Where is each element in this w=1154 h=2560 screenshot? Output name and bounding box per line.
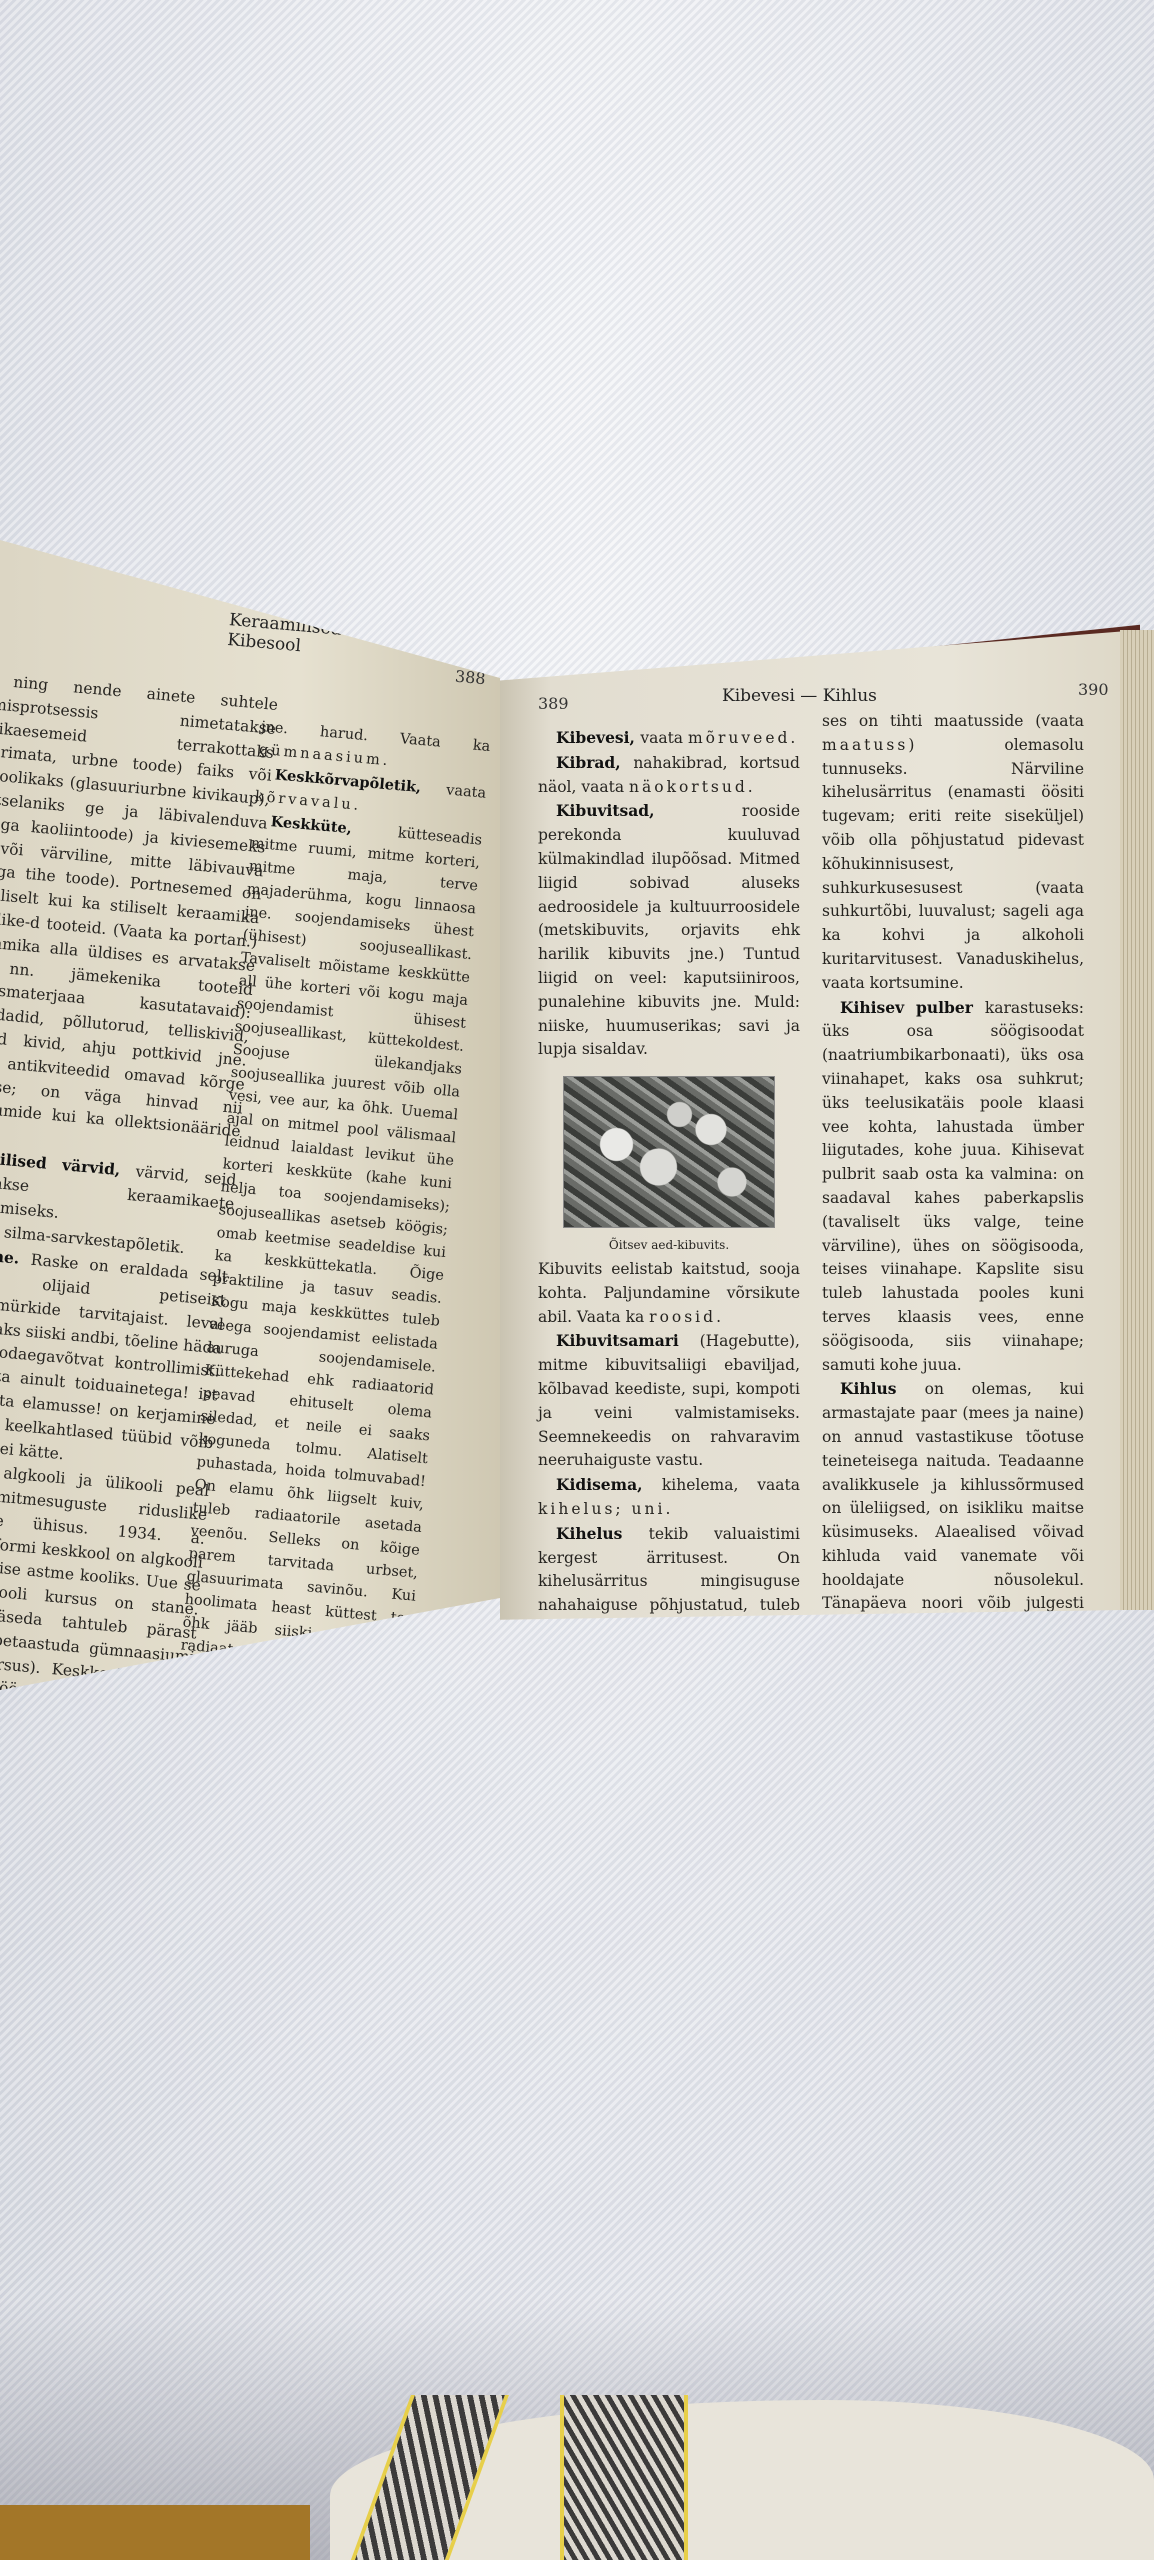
right-column-a: Kibevesi, vaata mõruveed.Kibrad, nahakib… <box>538 726 800 1640</box>
cross-reference: maatuss <box>822 736 908 754</box>
entry-headword: Kihlus <box>840 1379 925 1398</box>
dictionary-entry: Kibuvitsad, rooside perekonda kuuluvad k… <box>538 799 800 1062</box>
cross-reference: mõruveed. <box>688 729 798 747</box>
left-page-number: 388 <box>454 667 486 689</box>
left-running-head: Keraamilised värvid — Kibesool <box>227 610 499 673</box>
right-page-number-left: 389 <box>538 694 569 713</box>
continued-text: ses on tihti maatusside (vaata maatuss) … <box>822 710 1084 996</box>
dictionary-entry: Kihisev pulber karastuseks: üks osa söög… <box>822 996 1084 1378</box>
right-page-number-right: 390 <box>1078 680 1109 699</box>
entry-headword: ratiit, <box>0 1218 5 1242</box>
dictionary-entry: skkool, algkooli ja ülikooli peal olevat… <box>0 1453 210 1690</box>
right-page: 389 Kibevesi — Kihlus 390 Kibevesi, vaat… <box>500 630 1140 1640</box>
entry-headword: Kibuvitsad, <box>556 801 742 820</box>
entry-headword: Kihisev pulber <box>840 998 985 1017</box>
entry-headword: Kibevesi, <box>556 728 640 747</box>
right-running-head: Kibevesi — Kihlus <box>722 686 877 706</box>
left-page: Keraamilised värvid — Kibesool 388 e nin… <box>0 540 500 1690</box>
dictionary-entry: Kibrad, nahakibrad, kortsud näol, vaata … <box>538 751 800 800</box>
rose-hip-photo <box>563 1076 775 1228</box>
cross-reference: kõrvavalu. <box>254 789 362 814</box>
dictionary-entry: Kihlus on olemas, kui armastajate paar (… <box>822 1377 1084 1640</box>
dictionary-entry: Kidisema, kihelema, vaata kihelus; uni. <box>538 1473 800 1522</box>
dictionary-entry: Kibuvitsamari (Hagebutte), mitme kibuvit… <box>538 1329 800 1473</box>
wooden-surface <box>0 2505 310 2560</box>
figure-caption: Õitsev aed-kibuvits. <box>538 1234 800 1258</box>
open-book: Keraamilised värvid — Kibesool 388 e nin… <box>0 540 1154 1710</box>
scarf-stripe <box>560 2395 688 2560</box>
cross-reference: näokortsud. <box>629 778 756 796</box>
cross-reference: roosid. <box>649 1308 724 1326</box>
entry-headword: skkool, <box>0 1457 4 1483</box>
cross-reference: kihelus; uni. <box>538 1500 673 1518</box>
entry-headword: Kibrad, <box>556 753 633 772</box>
entry-headword: Kidisema, <box>556 1475 662 1494</box>
dictionary-entry: Kihelus tekib valuaistimi kergest ärritu… <box>538 1522 800 1640</box>
continued-text: Kibuvits eelistab kaitstud, sooja kohta.… <box>538 1258 800 1329</box>
page-edges <box>1120 630 1154 1610</box>
dictionary-entry: rjamine. Raske on eraldada selt hädas ol… <box>0 1239 229 1479</box>
entry-headword: Kibuvitsamari <box>556 1331 700 1350</box>
entry-headword: rjamine. <box>0 1243 32 1269</box>
entry-headword: Kihelus <box>556 1524 649 1543</box>
right-column-b: ses on tihti maatusside (vaata maatuss) … <box>822 710 1084 1640</box>
dictionary-entry: Kibevesi, vaata mõruveed. <box>538 726 800 751</box>
